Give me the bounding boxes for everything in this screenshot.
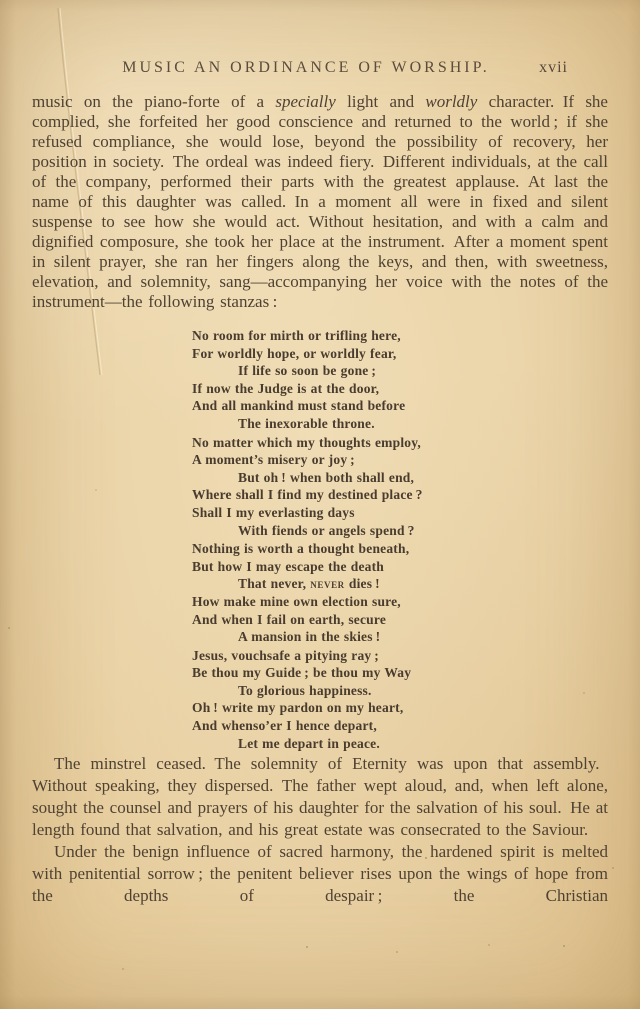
verse-line: To glorious happiness. [192, 682, 608, 700]
page-content: MUSIC AN ORDINANCE OF WORSHIP. xvii musi… [32, 58, 608, 907]
page-body: music on the piano-forte of a specially … [32, 92, 608, 907]
hymn-verses: No room for mirth or trifling here, For … [192, 327, 608, 752]
verse-line: Be thou my Guide ; be thou my Way [192, 664, 608, 682]
verse-line: But oh ! when both shall end, [192, 469, 608, 487]
hymn-stanza-4: Jesus, vouchsafe a pitying ray ; Be thou… [192, 647, 608, 753]
verse-line: And when I fail on earth, secure [192, 611, 608, 629]
paragraph-text: music on the piano-forte of a [32, 92, 275, 111]
running-head-title: MUSIC AN ORDINANCE OF WORSHIP. [122, 59, 490, 76]
hymn-stanza-2: No matter which my thoughts employ, A mo… [192, 434, 608, 540]
page-number: xvii [539, 58, 568, 78]
verse-line: If now the Judge is at the door, [192, 380, 608, 398]
hymn-stanza-3: Nothing is worth a thought beneath, But … [192, 540, 608, 646]
verse-line: Jesus, vouchsafe a pitying ray ; [192, 647, 608, 665]
verse-line: No room for mirth or trifling here, [192, 327, 608, 345]
verse-line: The inexorable throne. [192, 415, 608, 433]
verse-line: Oh ! write my pardon on my heart, [192, 699, 608, 717]
verse-line: Shall I my everlasting days [192, 504, 608, 522]
verse-line: If life so soon be gone ; [192, 362, 608, 380]
verse-line: How make mine own election sure, [192, 593, 608, 611]
paragraph-text: character. If she complied, she forfeite… [32, 92, 608, 311]
verse-line: Nothing is worth a thought beneath, [192, 540, 608, 558]
verse-text: dies ! [345, 576, 380, 591]
verse-line: With fiends or angels spend ? [192, 522, 608, 540]
italic-word-worldly: worldly [425, 92, 477, 111]
paragraph-opening: music on the piano-forte of a specially … [32, 92, 608, 312]
paragraph-minstrel: The minstrel ceased. The solemnity of Et… [32, 753, 608, 841]
verse-line: No matter which my thoughts employ, [192, 434, 608, 452]
paragraph-closing: Under the benign influence of sacred har… [32, 841, 608, 907]
verse-line: Let me depart in peace. [192, 735, 608, 753]
verse-line: A moment’s misery or joy ; [192, 451, 608, 469]
verse-line: For worldly hope, or worldly fear, [192, 345, 608, 363]
verse-line: That never, never dies ! [192, 575, 608, 593]
verse-line: And all mankind must stand before [192, 397, 608, 415]
hymn-stanza-1: No room for mirth or trifling here, For … [192, 327, 608, 433]
book-page: MUSIC AN ORDINANCE OF WORSHIP. xvii musi… [0, 0, 640, 1009]
paragraph-text: light and [336, 92, 426, 111]
running-head: MUSIC AN ORDINANCE OF WORSHIP. xvii [32, 58, 608, 78]
small-caps-never: never [310, 576, 345, 591]
verse-text: That never, [238, 576, 310, 591]
verse-line: Where shall I find my destined place ? [192, 486, 608, 504]
verse-line: And whenso’er I hence depart, [192, 717, 608, 735]
verse-line: But how I may escape the death [192, 558, 608, 576]
verse-line: A mansion in the skies ! [192, 628, 608, 646]
italic-word-specially: specially [275, 92, 335, 111]
